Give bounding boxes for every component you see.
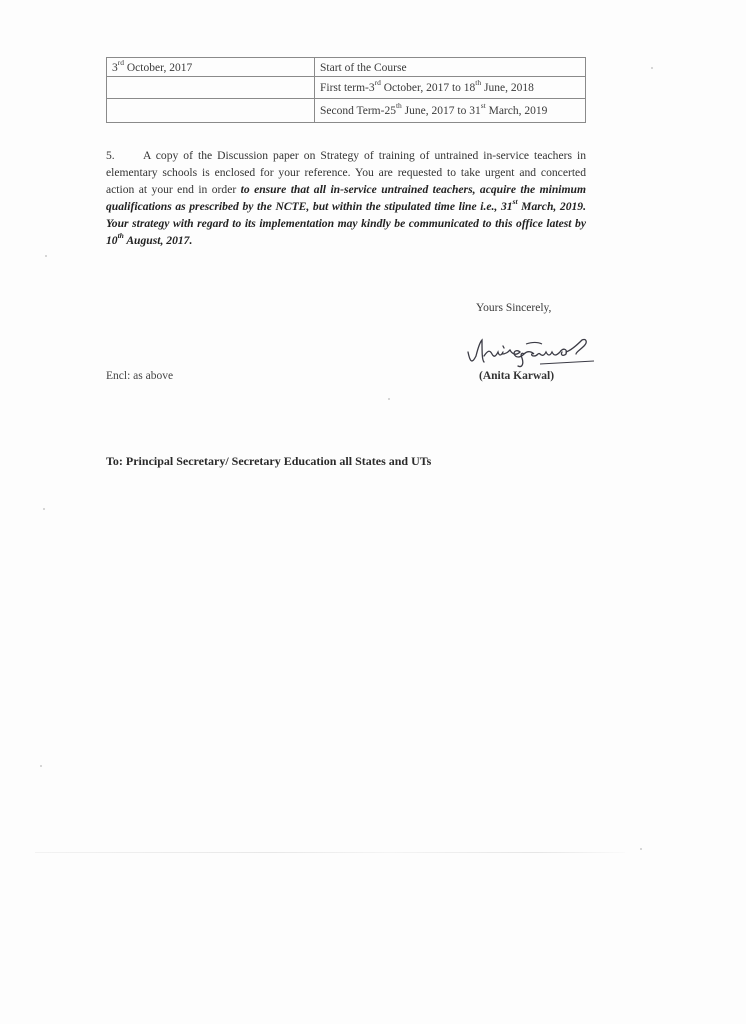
closing-salutation: Yours Sincerely, bbox=[476, 302, 551, 314]
schedule-event-cell: First term-3rd October, 2017 to 18th Jun… bbox=[315, 77, 586, 99]
scan-speck bbox=[43, 508, 45, 510]
schedule-date-cell bbox=[107, 99, 315, 123]
schedule-date-cell bbox=[107, 77, 315, 99]
event-text: Second Term-25 bbox=[320, 105, 396, 117]
emphasis-text: August, 2017. bbox=[124, 234, 193, 247]
schedule-event-cell: Second Term-25th June, 2017 to 31st Marc… bbox=[315, 99, 586, 123]
table-row: 3rd October, 2017 Start of the Course bbox=[107, 58, 586, 77]
table-row: First term-3rd October, 2017 to 18th Jun… bbox=[107, 77, 586, 99]
table-row: Second Term-25th June, 2017 to 31st Marc… bbox=[107, 99, 586, 123]
scan-artifact-line bbox=[35, 852, 625, 853]
schedule-event-cell: Start of the Course bbox=[315, 58, 586, 77]
paragraph-5: 5.A copy of the Discussion paper on Stra… bbox=[106, 147, 586, 249]
event-text: March, 2019 bbox=[486, 105, 548, 117]
signer-name: (Anita Karwal) bbox=[479, 370, 554, 382]
course-schedule-table: 3rd October, 2017 Start of the Course Fi… bbox=[106, 57, 586, 123]
event-text: First term-3 bbox=[320, 82, 375, 94]
scan-speck bbox=[45, 255, 47, 257]
signature-icon bbox=[462, 334, 622, 374]
scan-speck bbox=[640, 848, 642, 850]
scan-speck bbox=[388, 398, 390, 400]
scan-speck bbox=[651, 67, 653, 69]
scan-speck bbox=[40, 765, 42, 767]
date-rest: October, 2017 bbox=[124, 62, 192, 74]
document-page: 3rd October, 2017 Start of the Course Fi… bbox=[0, 0, 746, 1024]
addressee-line: To: Principal Secretary/ Secretary Educa… bbox=[106, 454, 431, 469]
enclosure-note: Encl: as above bbox=[106, 370, 173, 382]
event-text: October, 2017 to 18 bbox=[381, 82, 475, 94]
paragraph-number: 5. bbox=[106, 147, 143, 164]
schedule-date-cell: 3rd October, 2017 bbox=[107, 58, 315, 77]
event-text: June, 2017 to 31 bbox=[402, 105, 481, 117]
event-text: June, 2018 bbox=[481, 82, 534, 94]
